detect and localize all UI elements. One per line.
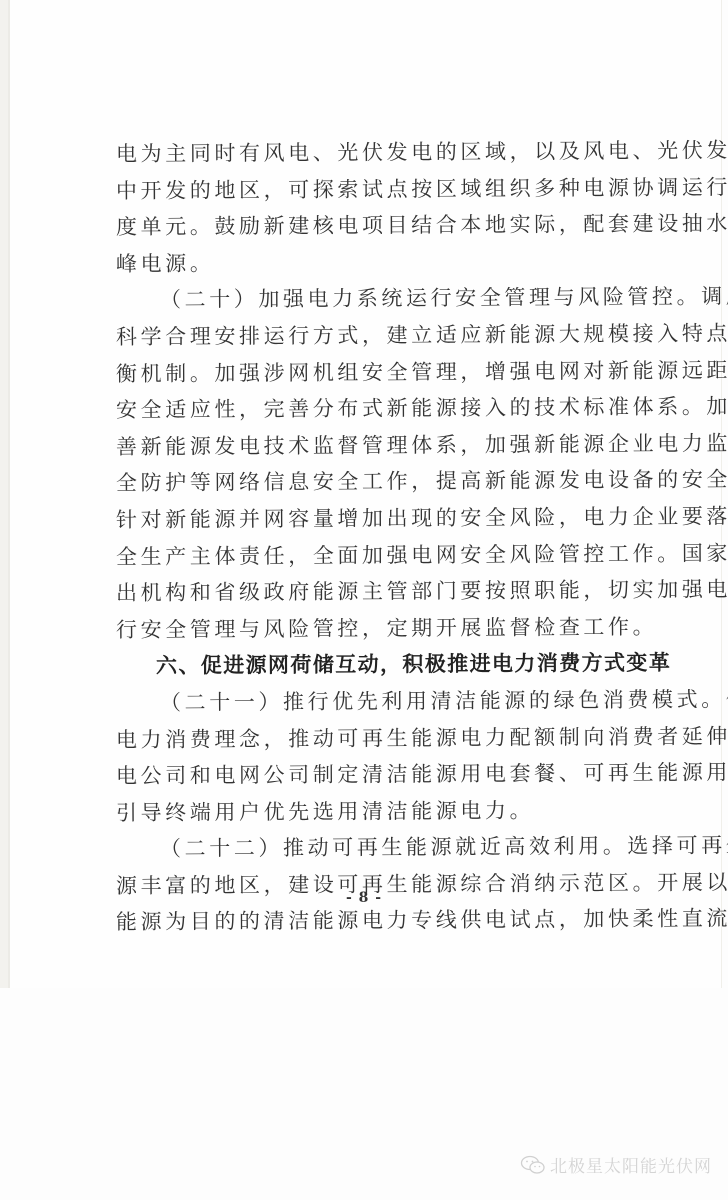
- body-line: 行安全管理与风险管控，定期开展监督检查工作。: [116, 608, 676, 648]
- body-line: 引导终端用户优先选用清洁能源电力。: [116, 791, 676, 831]
- wechat-icon: [520, 1155, 546, 1175]
- body-line: 电为主同时有风电、光伏发电的区域，以及风电、光伏发电同时集: [116, 133, 676, 173]
- body-line: 电力消费理念，推动可再生能源电力配额制向消费者延伸，鼓励售: [116, 718, 676, 758]
- body-line: 中开发的地区，可探索试点按区域组织多种电源协调运行的联合调: [116, 169, 676, 209]
- body-line: 全防护等网络信息安全工作，提高新能源发电设备的安全运行水平。: [116, 462, 676, 502]
- body-line: 安全适应性，完善分布式新能源接入的技术标准体系。加快建设完: [116, 389, 676, 429]
- body-line: 能源为目的的清洁能源电力专线供电试点，加快柔性直流输电等适: [116, 901, 676, 941]
- body-line: 度单元。鼓励新建核电项目结合本地实际，配套建设抽水蓄能等调: [116, 206, 676, 246]
- body-line: 电公司和电网公司制定清洁能源用电套餐、可再生能源用电套餐等，: [116, 755, 676, 795]
- body-line: 科学合理安排运行方式，建立适应新能源大规模接入特点的电力平: [116, 316, 676, 356]
- body-line: 出机构和省级政府能源主管部门要按照职能，切实加强电力系统运: [116, 572, 676, 612]
- section-22-title-line: （二十二）推动可再生能源就近高效利用。选择可再生能源资: [116, 828, 676, 868]
- source-watermark: 北极星太阳能光伏网: [520, 1152, 712, 1177]
- document-body: 电为主同时有风电、光伏发电的区域，以及风电、光伏发电同时集 中开发的地区，可探索…: [116, 136, 676, 941]
- body-line: 针对新能源并网容量增加出现的安全风险，电力企业要落实电力安: [116, 499, 676, 539]
- watermark-text: 北极星太阳能光伏网: [550, 1152, 712, 1177]
- section-20-title-line: （二十）加强电力系统运行安全管理与风险管控。调度机构要: [116, 279, 676, 319]
- body-line: 全生产主体责任，全面加强电网安全风险管控工作。国家能源局派: [116, 535, 676, 575]
- body-line: 峰电源。: [116, 242, 676, 282]
- section-21-title-line: （二十一）推行优先利用清洁能源的绿色消费模式。倡导绿色: [116, 681, 676, 721]
- page-number: - 8 -: [0, 890, 728, 906]
- section-6-heading: 六、促进源网荷储互动，积极推进电力消费方式变革: [116, 645, 676, 685]
- body-line: 善新能源发电技术监督管理体系，加强新能源企业电力监控系统安: [116, 425, 676, 465]
- body-line: 衡机制。加强涉网机组安全管理，增强电网对新能源远距离外送的: [116, 352, 676, 392]
